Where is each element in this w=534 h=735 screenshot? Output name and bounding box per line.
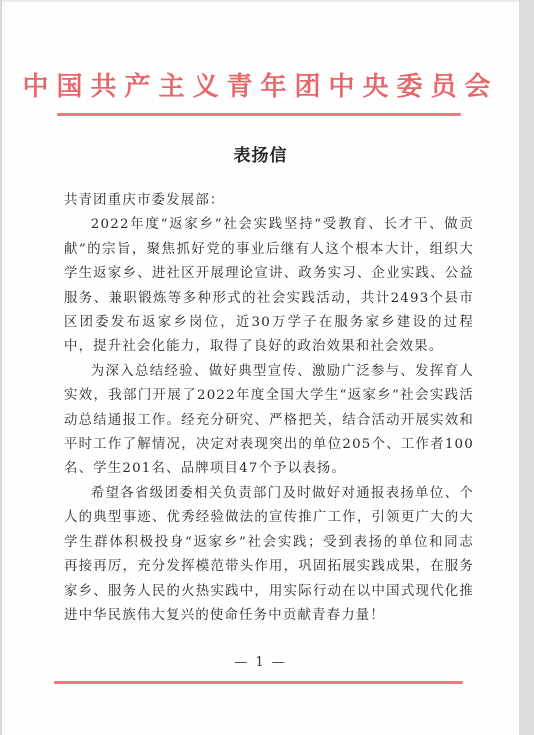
header-red-rule xyxy=(57,113,461,116)
page-number: — 1 — xyxy=(2,655,519,670)
page-top-border xyxy=(2,0,519,2)
document-body: 共青团重庆市委发展部： 2022年度“返家乡”社会实践坚持“受教育、长才干、做贡… xyxy=(64,189,474,628)
viewer-background xyxy=(519,0,534,735)
document-title: 表扬信 xyxy=(2,141,519,166)
paragraph-1: 2022年度“返家乡”社会实践坚持“受教育、长才干、做贡献”的宗旨，聚焦抓好党的… xyxy=(64,213,474,359)
issuer-header: 中国共产主义青年团中央委员会 xyxy=(2,70,519,104)
footer-red-rule xyxy=(54,681,463,684)
document-page: 中国共产主义青年团中央委员会 表扬信 共青团重庆市委发展部： 2022年度“返家… xyxy=(2,0,519,735)
paragraph-3: 希望各省级团委相关负责部门及时做好对通报表扬单位、个人的典型事迹、优秀经验做法的… xyxy=(64,482,474,628)
salutation: 共青团重庆市委发展部： xyxy=(64,189,474,213)
paragraph-2: 为深入总结经验、做好典型宣传、激励广泛参与、发挥育人实效，我部门开展了2022年… xyxy=(64,360,474,482)
